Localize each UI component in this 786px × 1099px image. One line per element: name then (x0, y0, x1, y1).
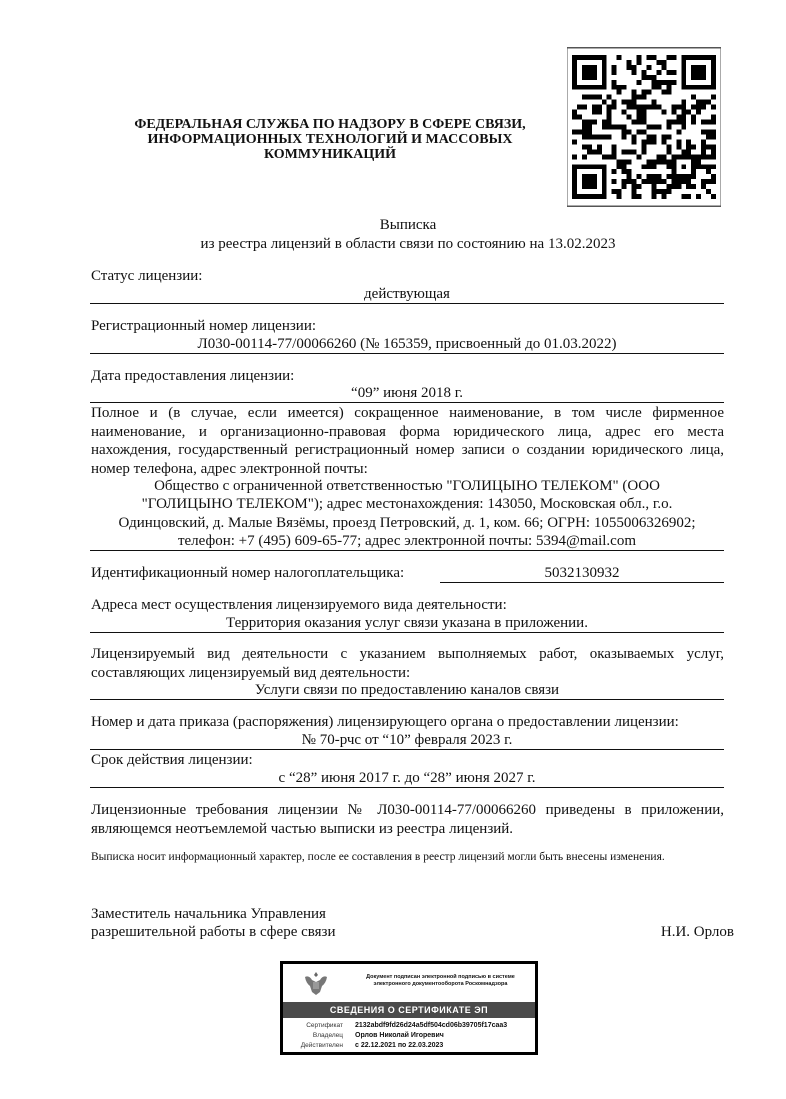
signatory-position-line: разрешительной работы в сфере связи (91, 923, 336, 941)
divider (90, 632, 724, 633)
stamp-band-title: СВЕДЕНИЯ О СЕРТИФИКАТЕ ЭП (283, 1002, 535, 1018)
cert-key: Действителен (283, 1041, 355, 1051)
disclaimer: Выписка носит информационный характер, п… (91, 849, 724, 866)
agency-name: ФЕДЕРАЛЬНАЯ СЛУЖБА ПО НАДЗОРУ В СФЕРЕ СВ… (100, 117, 560, 162)
cert-value: 2132abdf9fd26d24a5df504cd06b39705f17caa3 (355, 1021, 507, 1031)
cert-row: Сертификат 2132abdf9fd26d24a5df504cd06b3… (283, 1021, 535, 1031)
entity-value-line: телефон: +7 (495) 609-65-77; адрес элект… (90, 532, 724, 550)
status-label: Статус лицензии: (91, 267, 202, 285)
divider (90, 402, 724, 403)
certificate-details: Сертификат 2132abdf9fd26d24a5df504cd06b3… (283, 1021, 535, 1051)
agency-line: ИНФОРМАЦИОННЫХ ТЕХНОЛОГИЙ И МАССОВЫХ (100, 132, 560, 147)
requirements-note: Лицензионные требования лицензии № Л030-… (91, 801, 724, 838)
divider (90, 303, 724, 304)
divider (90, 353, 724, 354)
e-signature-stamp: Документ подписан электронной подписью в… (280, 961, 538, 1055)
divider (440, 582, 724, 583)
cert-row: Действителен с 22.12.2021 по 22.03.2023 (283, 1041, 535, 1051)
divider (90, 699, 724, 700)
inn-value: 5032130932 (440, 564, 724, 582)
divider (90, 749, 724, 750)
addresses-label: Адреса мест осуществления лицензируемого… (91, 596, 507, 614)
divider (90, 787, 724, 788)
activity-label: Лицензируемый вид деятельности с указани… (91, 645, 724, 682)
validity-label: Срок действия лицензии: (91, 751, 253, 769)
activity-value: Услуги связи по предоставлению каналов с… (90, 681, 724, 699)
cert-key: Владелец (283, 1031, 355, 1041)
inn-label: Идентификационный номер налогоплательщик… (91, 564, 404, 582)
entity-value-line: "ГОЛИЦЫНО ТЕЛЕКОМ"); адрес местонахожден… (90, 495, 724, 513)
grant-date-label: Дата предоставления лицензии: (91, 367, 294, 385)
reg-number-label: Регистрационный номер лицензии: (91, 317, 316, 335)
order-value: № 70-рчс от “10” февраля 2023 г. (90, 731, 724, 749)
coat-of-arms-icon (301, 969, 331, 999)
agency-line: ФЕДЕРАЛЬНАЯ СЛУЖБА ПО НАДЗОРУ В СФЕРЕ СВ… (100, 117, 560, 132)
validity-value: с “28” июня 2017 г. до “28” июня 2027 г. (90, 769, 724, 787)
entity-value-line: Одинцовский, д. Малые Вязёмы, проезд Пет… (90, 514, 724, 532)
qr-code-icon (567, 47, 721, 207)
reg-number-value: Л030-00114-77/00066260 (№ 165359, присво… (90, 335, 724, 353)
grant-date-value: “09” июня 2018 г. (90, 384, 724, 402)
document-subtitle: из реестра лицензий в области связи по с… (90, 236, 726, 253)
document-title: Выписка (90, 217, 726, 234)
cert-key: Сертификат (283, 1021, 355, 1031)
agency-line: КОММУНИКАЦИЙ (100, 147, 560, 162)
stamp-header-text: Документ подписан электронной подписью в… (353, 974, 528, 988)
cert-row: Владелец Орлов Николай Игоревич (283, 1031, 535, 1041)
cert-value: с 22.12.2021 по 22.03.2023 (355, 1041, 443, 1051)
order-label: Номер и дата приказа (распоряжения) лице… (91, 713, 679, 731)
stamp-header: Документ подписан электронной подписью в… (283, 964, 535, 1002)
addresses-value: Территория оказания услуг связи указана … (90, 614, 724, 632)
entity-label: Полное и (в случае, если имеется) сокращ… (91, 404, 724, 478)
cert-value: Орлов Николай Игоревич (355, 1031, 444, 1041)
entity-value-line: Общество с ограниченной ответственностью… (90, 477, 724, 495)
signatory-name: Н.И. Орлов (600, 923, 734, 941)
signatory-position-line: Заместитель начальника Управления (91, 905, 326, 923)
divider (90, 550, 724, 551)
status-value: действующая (90, 285, 724, 303)
